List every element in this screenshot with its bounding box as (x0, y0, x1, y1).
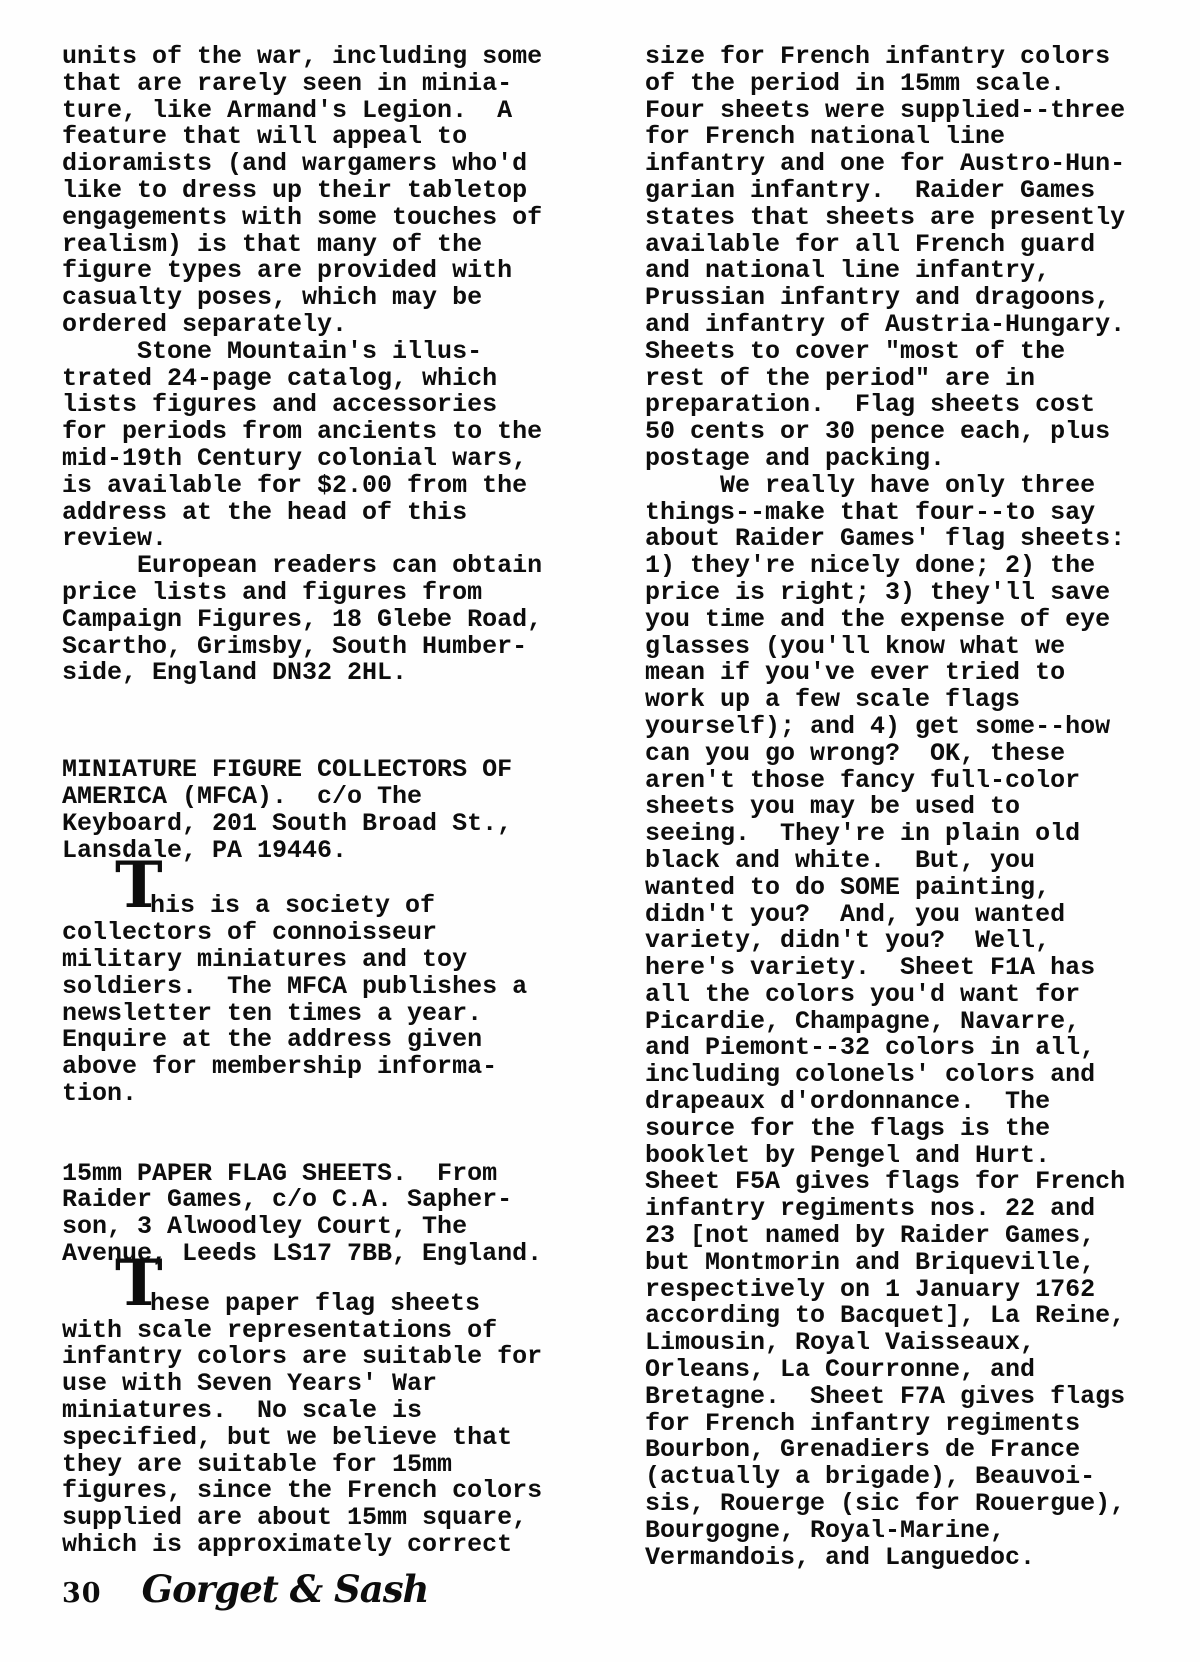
flag-sheets-paragraph-text: hese paper flag sheets with scale repres… (62, 1291, 592, 1559)
intro-paragraphs: units of the war, including some that ar… (62, 44, 592, 687)
magazine-page: units of the war, including some that ar… (0, 0, 1200, 1662)
flag-sheets-paragraph: T hese paper flag sheets with scale repr… (62, 1291, 592, 1559)
mfca-paragraph: T his is a society of collectors of conn… (62, 893, 592, 1107)
left-column: units of the war, including some that ar… (62, 44, 592, 1559)
dropcap-t-mfca: T (115, 862, 163, 910)
page-number: 30 (62, 1581, 102, 1608)
magazine-logo: Gorget & Sash (142, 1576, 429, 1603)
page-footer: 30 Gorget & Sash (62, 1576, 428, 1608)
mfca-paragraph-text: his is a society of collectors of connoi… (62, 893, 592, 1107)
right-column: size for French infantry colors of the p… (645, 44, 1175, 1571)
review-body-text: size for French infantry colors of the p… (645, 44, 1175, 1571)
dropcap-t-flags: T (115, 1260, 163, 1308)
